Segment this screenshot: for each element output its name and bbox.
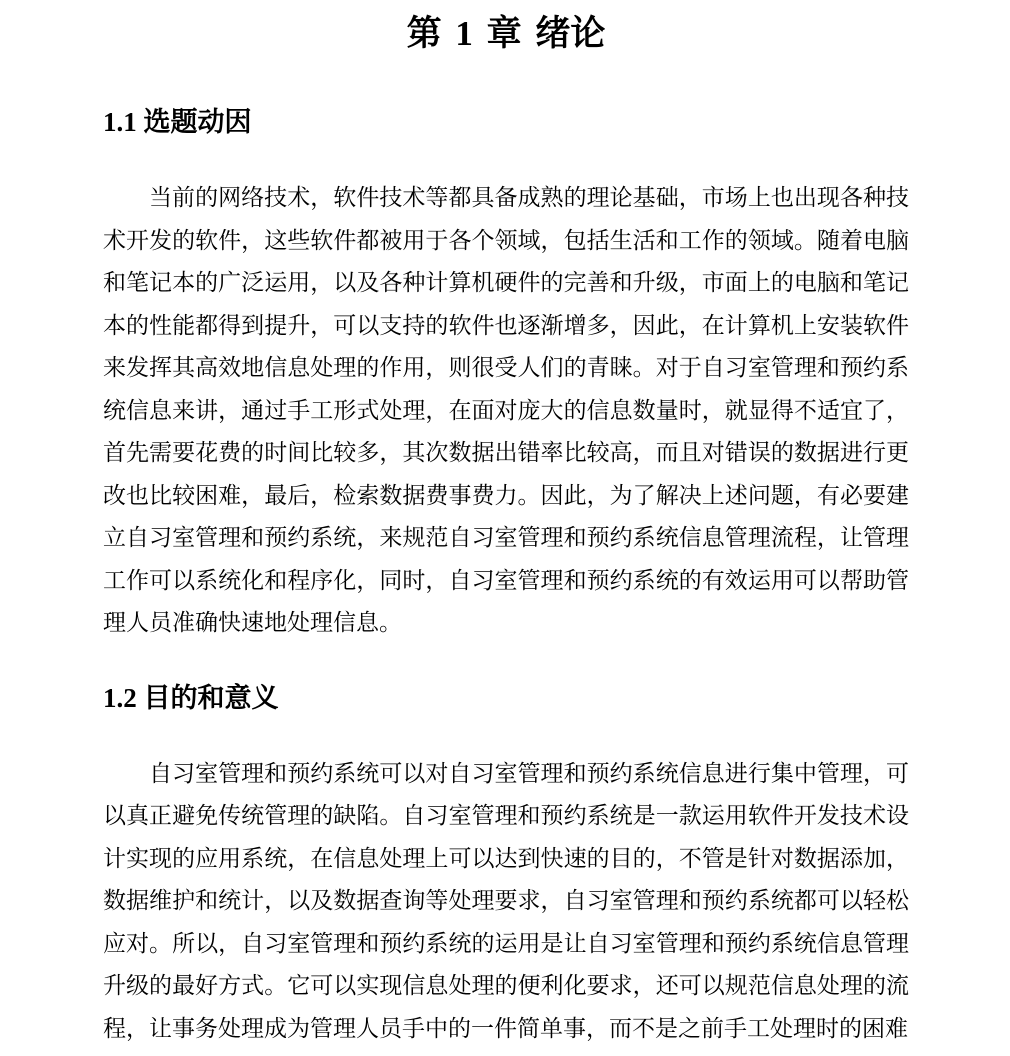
section-paragraph-1-2: 自习室管理和预约系统可以对自习室管理和预约系统信息进行集中管理，可以真正避免传统… <box>103 753 909 1051</box>
chapter-title: 第 1 章 绪论 <box>103 13 909 55</box>
section-heading-1-1: 1.1 选题动因 <box>103 103 909 141</box>
section-heading-1-2: 1.2 目的和意义 <box>103 679 909 717</box>
section-paragraph-1-1: 当前的网络技术，软件技术等都具备成熟的理论基础，市场上也出现各种技术开发的软件，… <box>103 177 909 645</box>
document-page: 第 1 章 绪论 1.1 选题动因 当前的网络技术，软件技术等都具备成熟的理论基… <box>0 0 1010 1056</box>
